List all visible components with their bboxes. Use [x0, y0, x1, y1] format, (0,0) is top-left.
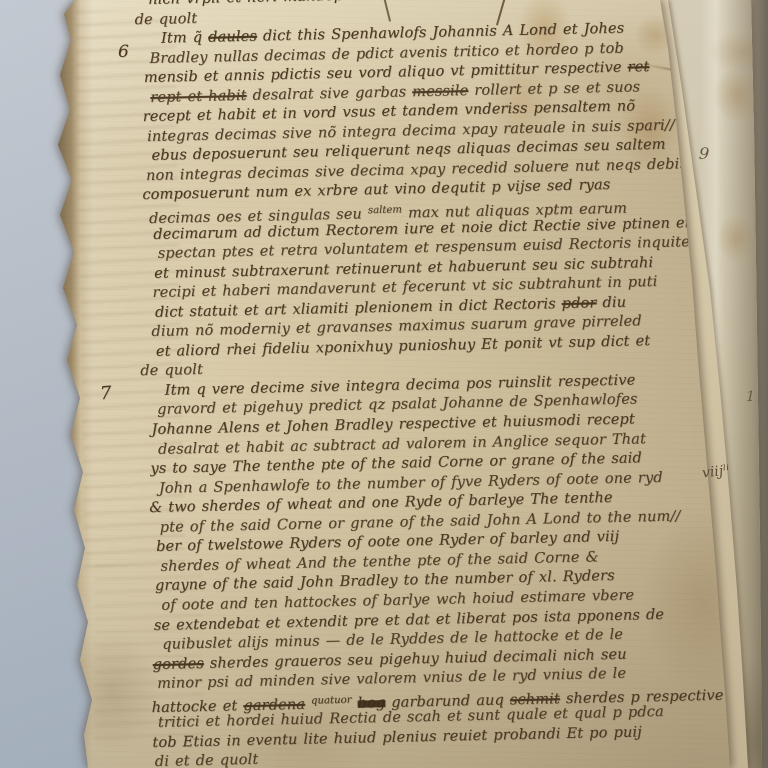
struck-text: gordes — [153, 656, 204, 673]
struck-text: pdor — [562, 295, 597, 312]
struck-text: rept et habit — [150, 88, 247, 106]
manuscript-text-block: nich vrpil et heri mandop wilde quoltItm… — [148, 0, 765, 768]
struck-text: daules — [208, 29, 257, 46]
folio-number: 9 — [698, 144, 709, 164]
struck-text: messile — [412, 83, 468, 100]
margin-stroke: 1 — [746, 389, 755, 405]
interlined-text: saltem — [368, 205, 402, 217]
manuscript-text: de quolt — [140, 362, 203, 379]
item-number-6: 6 — [118, 42, 129, 62]
manuscript-page: nich vrpil et heri mandop wilde quoltItm… — [0, 0, 768, 768]
manuscript-page-wrap: nich vrpil et heri mandop wilde quoltItm… — [0, 0, 768, 768]
manuscript-text: desalrat sive garbas — [246, 84, 412, 104]
manuscript-photograph: nich vrpil et heri mandop wilde quoltItm… — [0, 0, 768, 768]
margin-amount-note: viijˡⁱ — [701, 462, 730, 481]
manuscript-text: rollert et p se et suos — [468, 79, 640, 99]
manuscript-text: de quolt — [134, 10, 197, 27]
item-number-7: 7 — [99, 383, 112, 405]
interlined-text: quatuor — [311, 694, 352, 706]
manuscript-text: diu — [596, 294, 626, 311]
manuscript-text: di et de quolt — [155, 752, 259, 768]
manuscript-text: Itm q̃ — [161, 30, 208, 47]
struck-text: ret — [627, 59, 649, 75]
